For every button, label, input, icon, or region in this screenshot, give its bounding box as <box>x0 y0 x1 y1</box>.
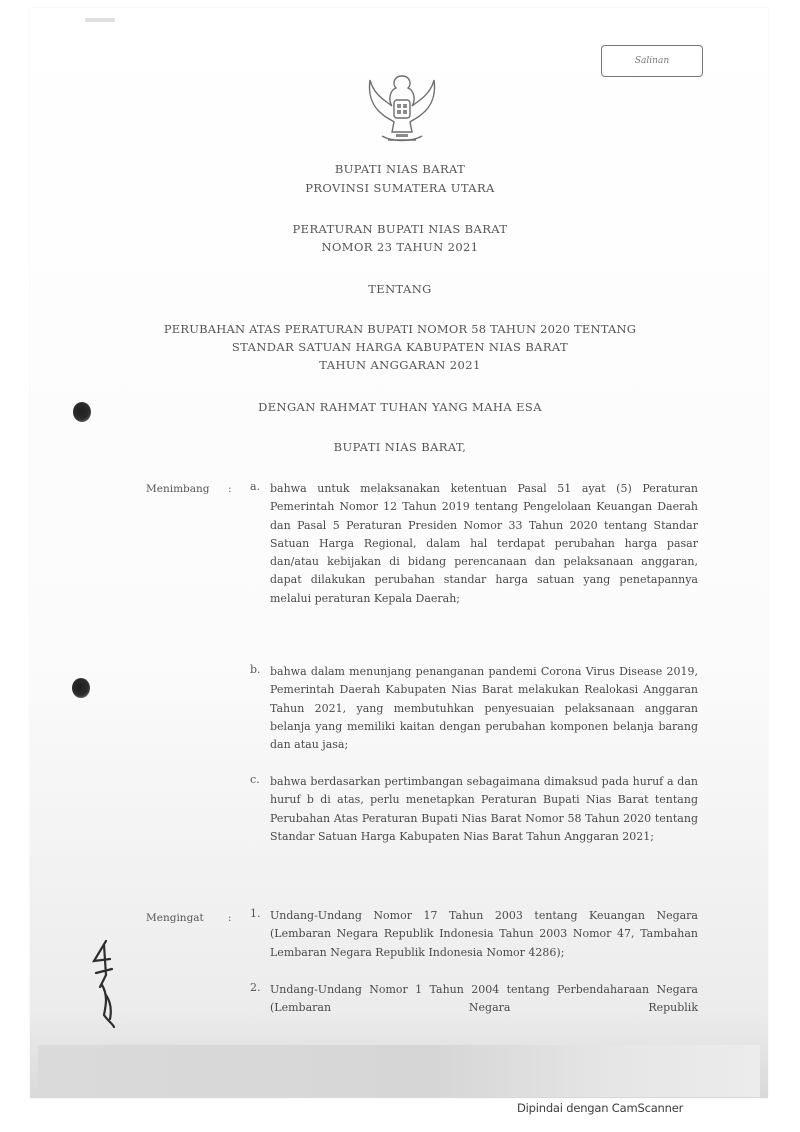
item-marker: c. <box>250 773 260 786</box>
menimbang-item-c: bahwa berdasarkan pertimbangan sebagaima… <box>270 773 698 846</box>
scan-smudge <box>85 18 115 22</box>
regulation-number: NOMOR 23 TAHUN 2021 <box>0 240 800 254</box>
page-shadow-strip <box>38 1045 760 1097</box>
mengingat-item-2: Undang-Undang Nomor 1 Tahun 2004 tentang… <box>270 981 698 1018</box>
province-title: PROVINSI SUMATERA UTARA <box>0 181 800 195</box>
tentang-heading: TENTANG <box>0 282 800 296</box>
menimbang-item-b: bahwa dalam menunjang penanganan pandemi… <box>270 663 698 754</box>
punch-hole-icon <box>73 402 91 422</box>
menimbang-item-a: bahwa untuk melaksanakan ketentuan Pasal… <box>270 480 698 608</box>
camscanner-watermark: Dipindai dengan CamScanner <box>517 1101 683 1115</box>
subject-line-1: PERUBAHAN ATAS PERATURAN BUPATI NOMOR 58… <box>0 322 800 336</box>
regulation-title: PERATURAN BUPATI NIAS BARAT <box>0 222 800 236</box>
regent-title: BUPATI NIAS BARAT <box>0 162 800 176</box>
garuda-emblem-icon <box>364 70 440 148</box>
mengingat-label: Mengingat <box>146 912 204 924</box>
menimbang-colon: : <box>228 483 232 495</box>
punch-hole-icon <box>72 678 90 698</box>
authority-line: BUPATI NIAS BARAT, <box>0 440 800 454</box>
item-marker: 1. <box>250 907 261 920</box>
item-marker: 2. <box>250 981 261 994</box>
menimbang-label: Menimbang <box>146 483 210 495</box>
signature-initial-icon <box>86 935 126 1030</box>
blessing-line: DENGAN RAHMAT TUHAN YANG MAHA ESA <box>0 400 800 414</box>
salinan-stamp: Salinan <box>601 45 703 77</box>
stamp-label: Salinan <box>635 56 669 66</box>
item-marker: b. <box>250 663 261 676</box>
subject-line-3: TAHUN ANGGARAN 2021 <box>0 358 800 372</box>
item-marker: a. <box>250 480 260 493</box>
mengingat-item-1: Undang-Undang Nomor 17 Tahun 2003 tentan… <box>270 907 698 962</box>
subject-line-2: STANDAR SATUAN HARGA KABUPATEN NIAS BARA… <box>0 340 800 354</box>
mengingat-colon: : <box>228 912 232 924</box>
